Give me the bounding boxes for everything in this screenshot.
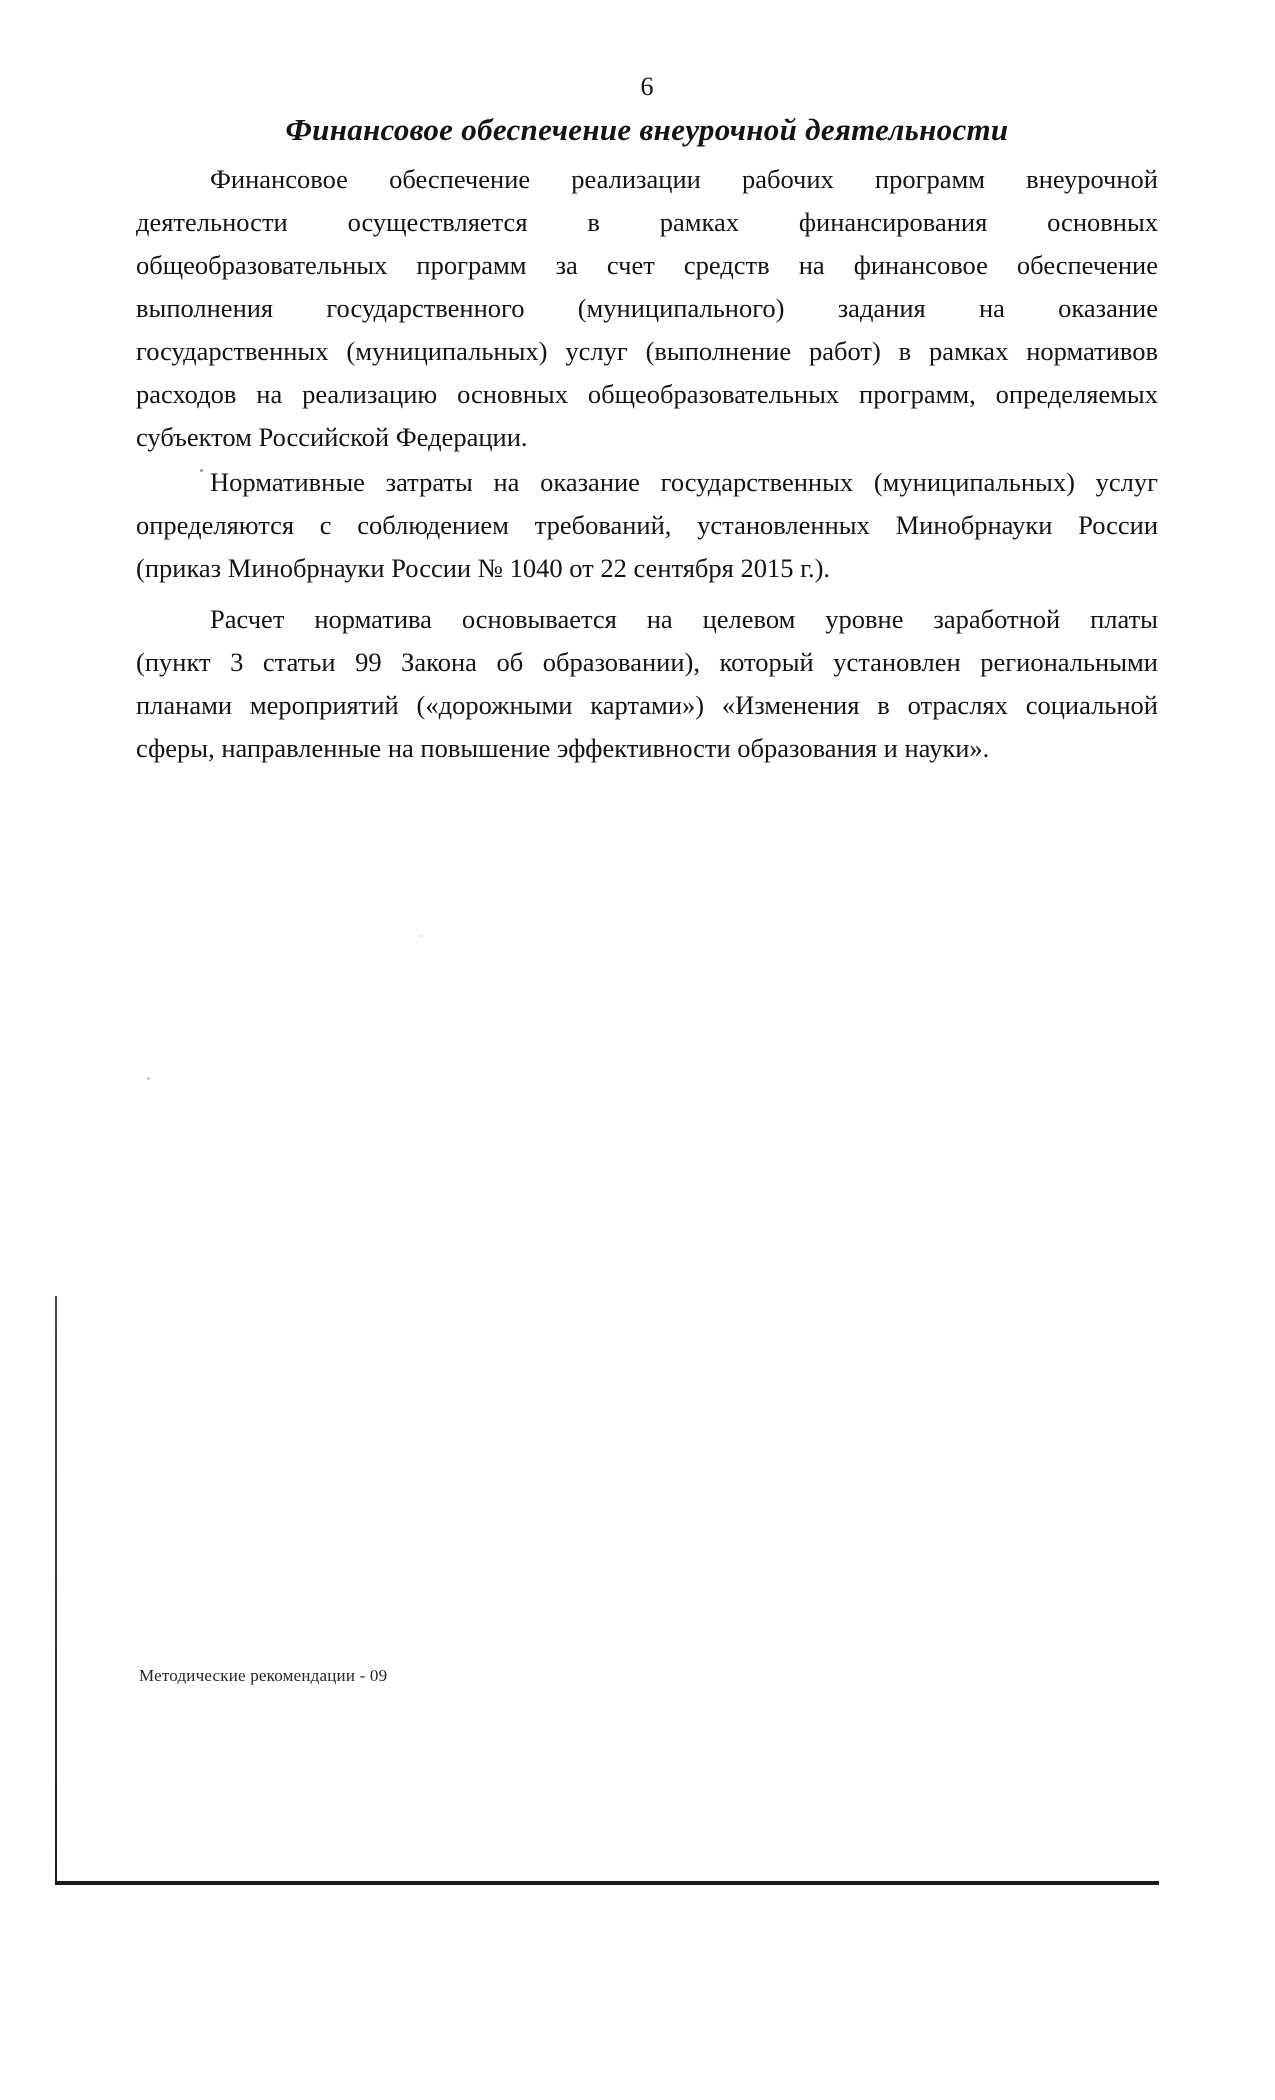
section-heading: Финансовое обеспечение внеурочной деятел…: [136, 112, 1158, 148]
paragraph-3: Расчет норматива основывается на целевом…: [136, 598, 1158, 770]
page-number: 6: [136, 72, 1158, 102]
scan-speck: [420, 935, 422, 937]
text-line: Расчет норматива основывается на целевом…: [136, 598, 1158, 641]
paragraph-2: Нормативные затраты на оказание государс…: [136, 461, 1158, 590]
document-page: 6 Финансовое обеспечение внеурочной деят…: [0, 0, 1275, 2100]
text-line: определяются с соблюдением требований, у…: [136, 504, 1158, 547]
text-line: Нормативные затраты на оказание государс…: [136, 461, 1158, 504]
text-line: выполнения государственного (муниципальн…: [136, 287, 1158, 330]
text-line: (приказ Минобрнауки России № 1040 от 22 …: [136, 547, 1158, 590]
text-line: Финансовое обеспечение реализации рабочи…: [136, 158, 1158, 201]
text-line: планами мероприятий («дорожными картами»…: [136, 684, 1158, 727]
scan-edge-bottom-line: [55, 1881, 1159, 1885]
text-line: государственных (муниципальных) услуг (в…: [136, 330, 1158, 373]
text-line: субъектом Российской Федерации.: [136, 416, 1158, 459]
text-line: общеобразовательных программ за счет сре…: [136, 244, 1158, 287]
text-line: (пункт 3 статьи 99 Закона об образовании…: [136, 641, 1158, 684]
paragraph-1: Финансовое обеспечение реализации рабочи…: [136, 158, 1158, 459]
text-line: расходов на реализацию основных общеобра…: [136, 373, 1158, 416]
scan-speck: [200, 469, 203, 472]
scan-edge-vertical-line: [55, 1296, 57, 1884]
scan-speck: [147, 1077, 150, 1080]
footer-note: Методические рекомендации - 09: [139, 1666, 387, 1686]
text-line: сферы, направленные на повышение эффекти…: [136, 727, 1158, 770]
text-line: деятельности осуществляется в рамках фин…: [136, 201, 1158, 244]
